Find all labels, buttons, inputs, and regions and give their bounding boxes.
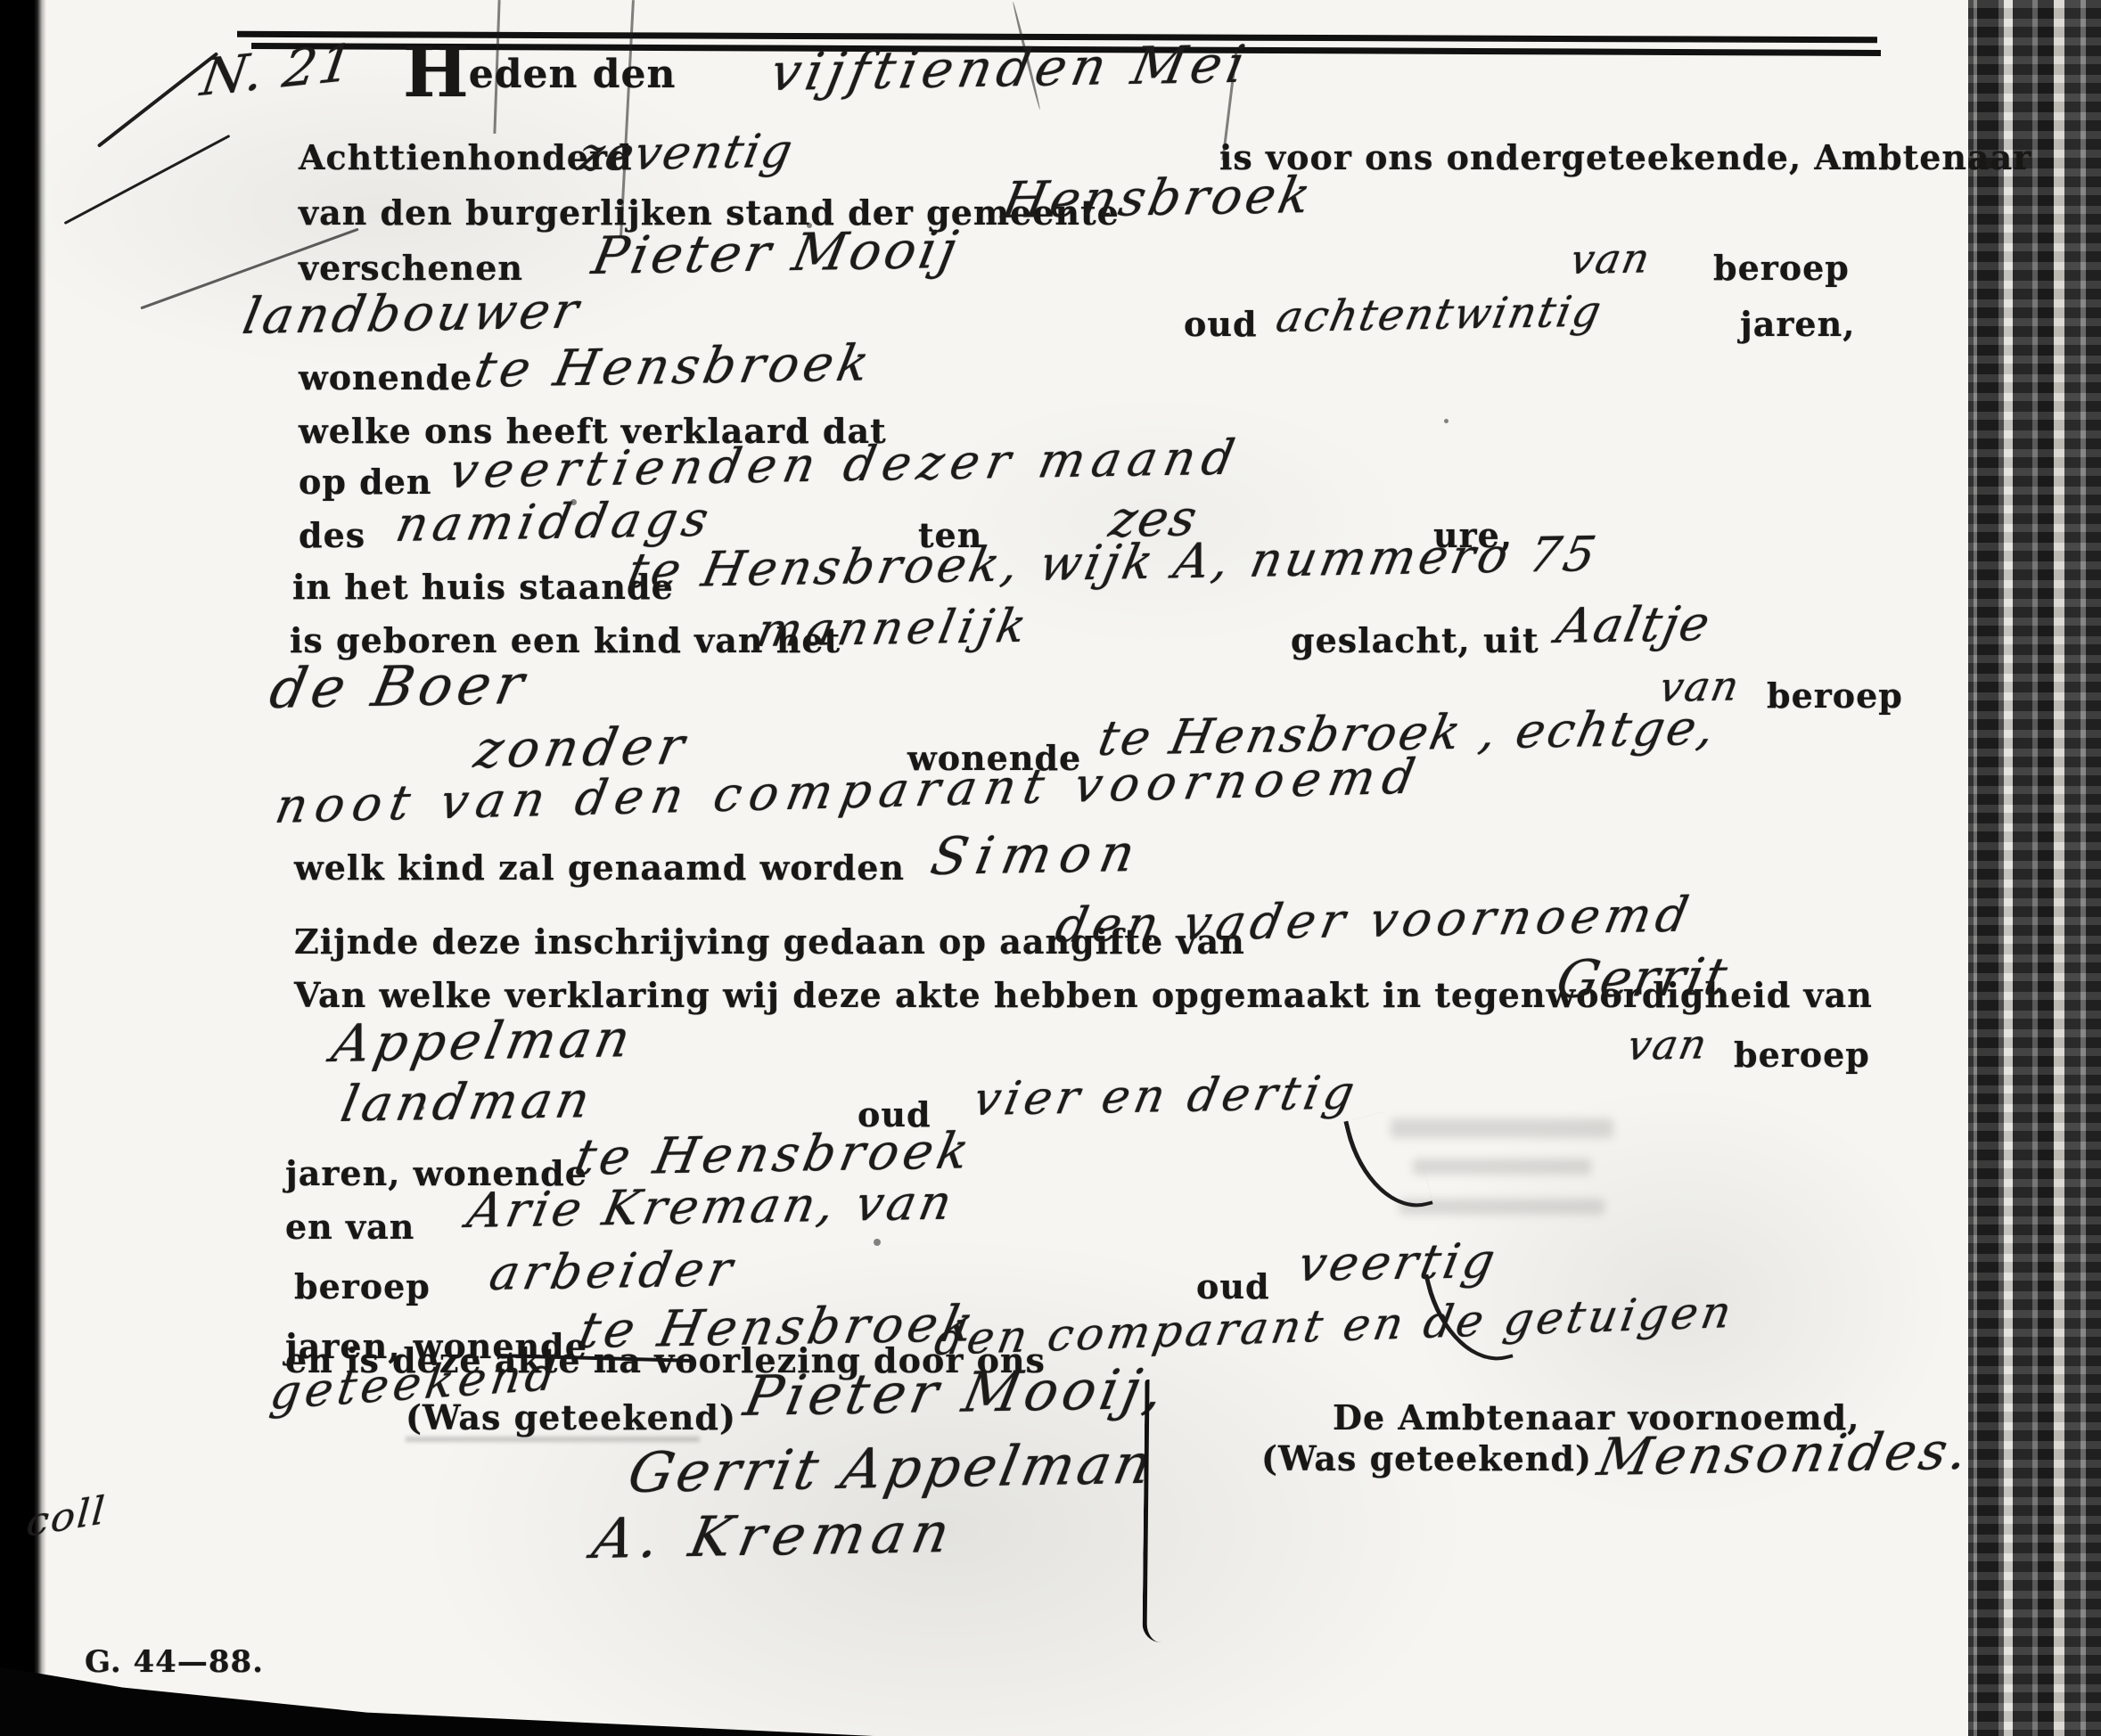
printed-welk-kind: welk kind zal genaamd worden	[294, 851, 905, 885]
hw-witness1-last: Appelman	[328, 1012, 638, 1069]
printed-was-geteekend-left: (Was geteekend)	[406, 1401, 736, 1435]
printed-wonende-1: wonende	[299, 361, 472, 395]
act-number: N. 21	[198, 37, 357, 103]
hw-year: zeventig	[575, 128, 798, 178]
hw-mother-last: de Boer	[266, 657, 533, 717]
printed-en-van: en van	[285, 1210, 414, 1244]
drop-cap-h: H	[403, 32, 469, 113]
printed-official-intro: is voor ons ondergeteekende, Ambtenaar	[1219, 141, 2031, 175]
hw-witness1-age: vier en dertig	[970, 1070, 1362, 1123]
hw-declarant-occupation: landbouwer	[239, 286, 586, 342]
hw-marginal-note: coll	[25, 1492, 108, 1544]
printed-jaren-1: jaren,	[1740, 307, 1855, 341]
hw-child-name: Simon	[927, 827, 1148, 882]
printed-oud-1: oud	[1184, 307, 1258, 341]
hw-gender: mannelijk	[753, 603, 1034, 654]
signature-declarant: Pieter Mooij,	[740, 1362, 1172, 1424]
hw-mother-first: Aaltje	[1553, 600, 1715, 651]
printed-beroep-4: beroep	[294, 1270, 431, 1304]
printed-oud-3: oud	[1196, 1270, 1270, 1304]
signature-witness2: A. Kreman	[588, 1505, 961, 1567]
hw-witness1-first: Gerrit	[1553, 951, 1733, 1005]
hw-municipality: Hensbroek	[998, 171, 1317, 226]
hw-witness1-occupation: landman	[337, 1076, 598, 1130]
signature-official: Mensonides.	[1594, 1425, 1975, 1483]
ink-scratch	[64, 135, 231, 225]
hw-birth-day: veertienden dezer maand	[446, 434, 1245, 495]
printed-huis-label: in het huis staande	[292, 570, 674, 604]
hw-birth-place: te Hensbroek, wijk A, nummero 75	[624, 530, 1603, 595]
signature-bracket	[1142, 1380, 1163, 1642]
hw-witness2-name: Arie Kreman, van	[464, 1179, 959, 1235]
book-binding-edge	[1968, 0, 2101, 1736]
hw-witness2-occupation: arbeider	[486, 1245, 741, 1298]
printed-beroep-2: beroep	[1767, 679, 1903, 713]
printed-beroep-3: beroep	[1734, 1038, 1870, 1072]
printed-heden-den: Heden den	[403, 55, 677, 94]
printed-des: des	[299, 519, 365, 553]
printed-was-geteekend-right: (Was geteekend)	[1261, 1442, 1592, 1476]
hw-van-3: van	[1624, 1023, 1711, 1066]
form-code: G. 44—88.	[85, 1647, 264, 1677]
printed-beroep-1: beroep	[1713, 251, 1850, 285]
printed-verschenen: verschenen	[299, 251, 523, 285]
hw-declarant-name: Pieter Mooij	[588, 224, 964, 282]
signature-witness1: Gerrit Appelman	[624, 1437, 1159, 1501]
birth-certificate-scan: N. 21 Heden den vijftienden Mei Achttien…	[0, 0, 2101, 1736]
hw-informant: den vader voornoemd	[1052, 891, 1697, 950]
hw-van-1: van	[1567, 237, 1654, 280]
hw-mother-occupation: zonder	[471, 720, 693, 775]
hw-declarant-age: achtentwintig	[1273, 291, 1606, 339]
hw-mother-cont: noot van den comparant voornoemd	[272, 753, 1426, 831]
printed-geslacht-uit: geslacht, uit	[1291, 624, 1539, 658]
scan-left-edge	[0, 0, 46, 1736]
hw-declarant-residence: te Hensbroek	[471, 339, 877, 396]
printed-op-den: op den	[299, 465, 432, 499]
hw-closing: den comparant en de getuigen	[931, 1290, 1738, 1362]
hw-date: vijftienden Mei	[767, 38, 1254, 98]
hw-daypart: namiddags	[392, 495, 718, 549]
